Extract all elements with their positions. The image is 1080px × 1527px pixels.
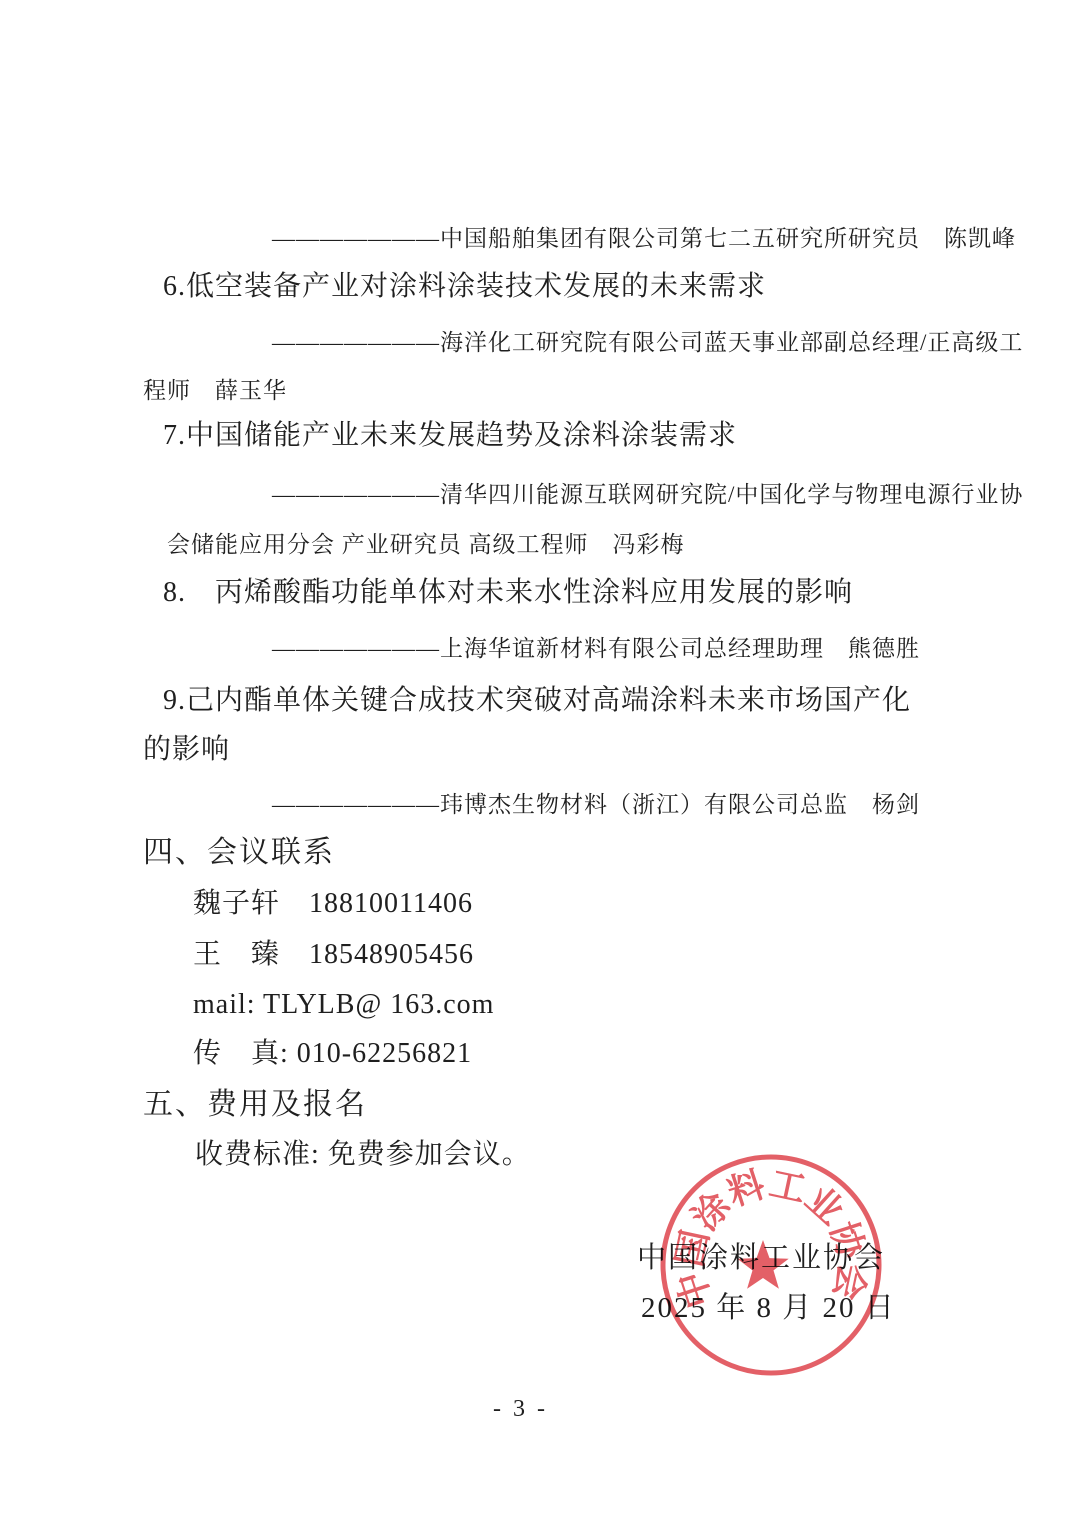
seal-star-icon [737, 1240, 788, 1289]
agenda-item-6-title: 6.低空装备产业对涂料涂装技术发展的未来需求 [163, 271, 766, 303]
speaker-attribution-item5: ———————中国船舶集团有限公司第七二五研究所研究员 陈凯峰 [272, 226, 1016, 252]
speaker-attribution-item6-continued: 程师 薛玉华 [143, 378, 287, 404]
speaker-attribution-item7: ———————清华四川能源互联网研究院/中国化学与物理电源行业协 [272, 482, 1023, 508]
contact-line-fax: 传 真: 010-62256821 [193, 1038, 472, 1070]
section-heading-contacts: 四、会议联系 [143, 836, 335, 871]
agenda-item-8-title: 8. 丙烯酸酯功能单体对未来水性涂料应用发展的影响 [163, 577, 853, 609]
fee-standard-line: 收费标准: 免费参加会议。 [195, 1139, 531, 1171]
section-heading-fee: 五、费用及报名 [143, 1088, 367, 1123]
seal-ring-char: 会 [826, 1260, 873, 1304]
contact-line-weizixuan: 魏子轩 18810011406 [193, 888, 473, 920]
agenda-item-9-title-continued: 的影响 [143, 734, 230, 766]
speaker-attribution-item9: ———————玮博杰生物材料（浙江）有限公司总监 杨剑 [272, 792, 920, 818]
speaker-attribution-item6: ———————海洋化工研究院有限公司蓝天事业部副总经理/正高级工 [272, 330, 1023, 356]
agenda-item-9-title: 9.己内酯单体关键合成技术突破对高端涂料未来市场国产化 [163, 685, 911, 717]
agenda-item-7-title: 7.中国储能产业未来发展趋势及涂料涂装需求 [163, 420, 737, 452]
contact-line-email: mail: TLYLB@ 163.com [193, 989, 494, 1021]
speaker-attribution-item8: ———————上海华谊新材料有限公司总经理助理 熊德胜 [272, 636, 920, 662]
document-page: ———————中国船舶集团有限公司第七二五研究所研究员 陈凯峰 6.低空装备产业… [0, 0, 1080, 1527]
contact-line-wangzhen: 王 臻 18548905456 [193, 939, 474, 971]
page-number: - 3 - [493, 1396, 548, 1424]
seal-ring-char: 中 [670, 1266, 719, 1313]
official-seal-stamp: 中 国 涂 料 工 业 协 会 [656, 1150, 886, 1380]
speaker-attribution-item7-continued: 会储能应用分会 产业研究员 高级工程师 冯彩梅 [167, 532, 685, 558]
